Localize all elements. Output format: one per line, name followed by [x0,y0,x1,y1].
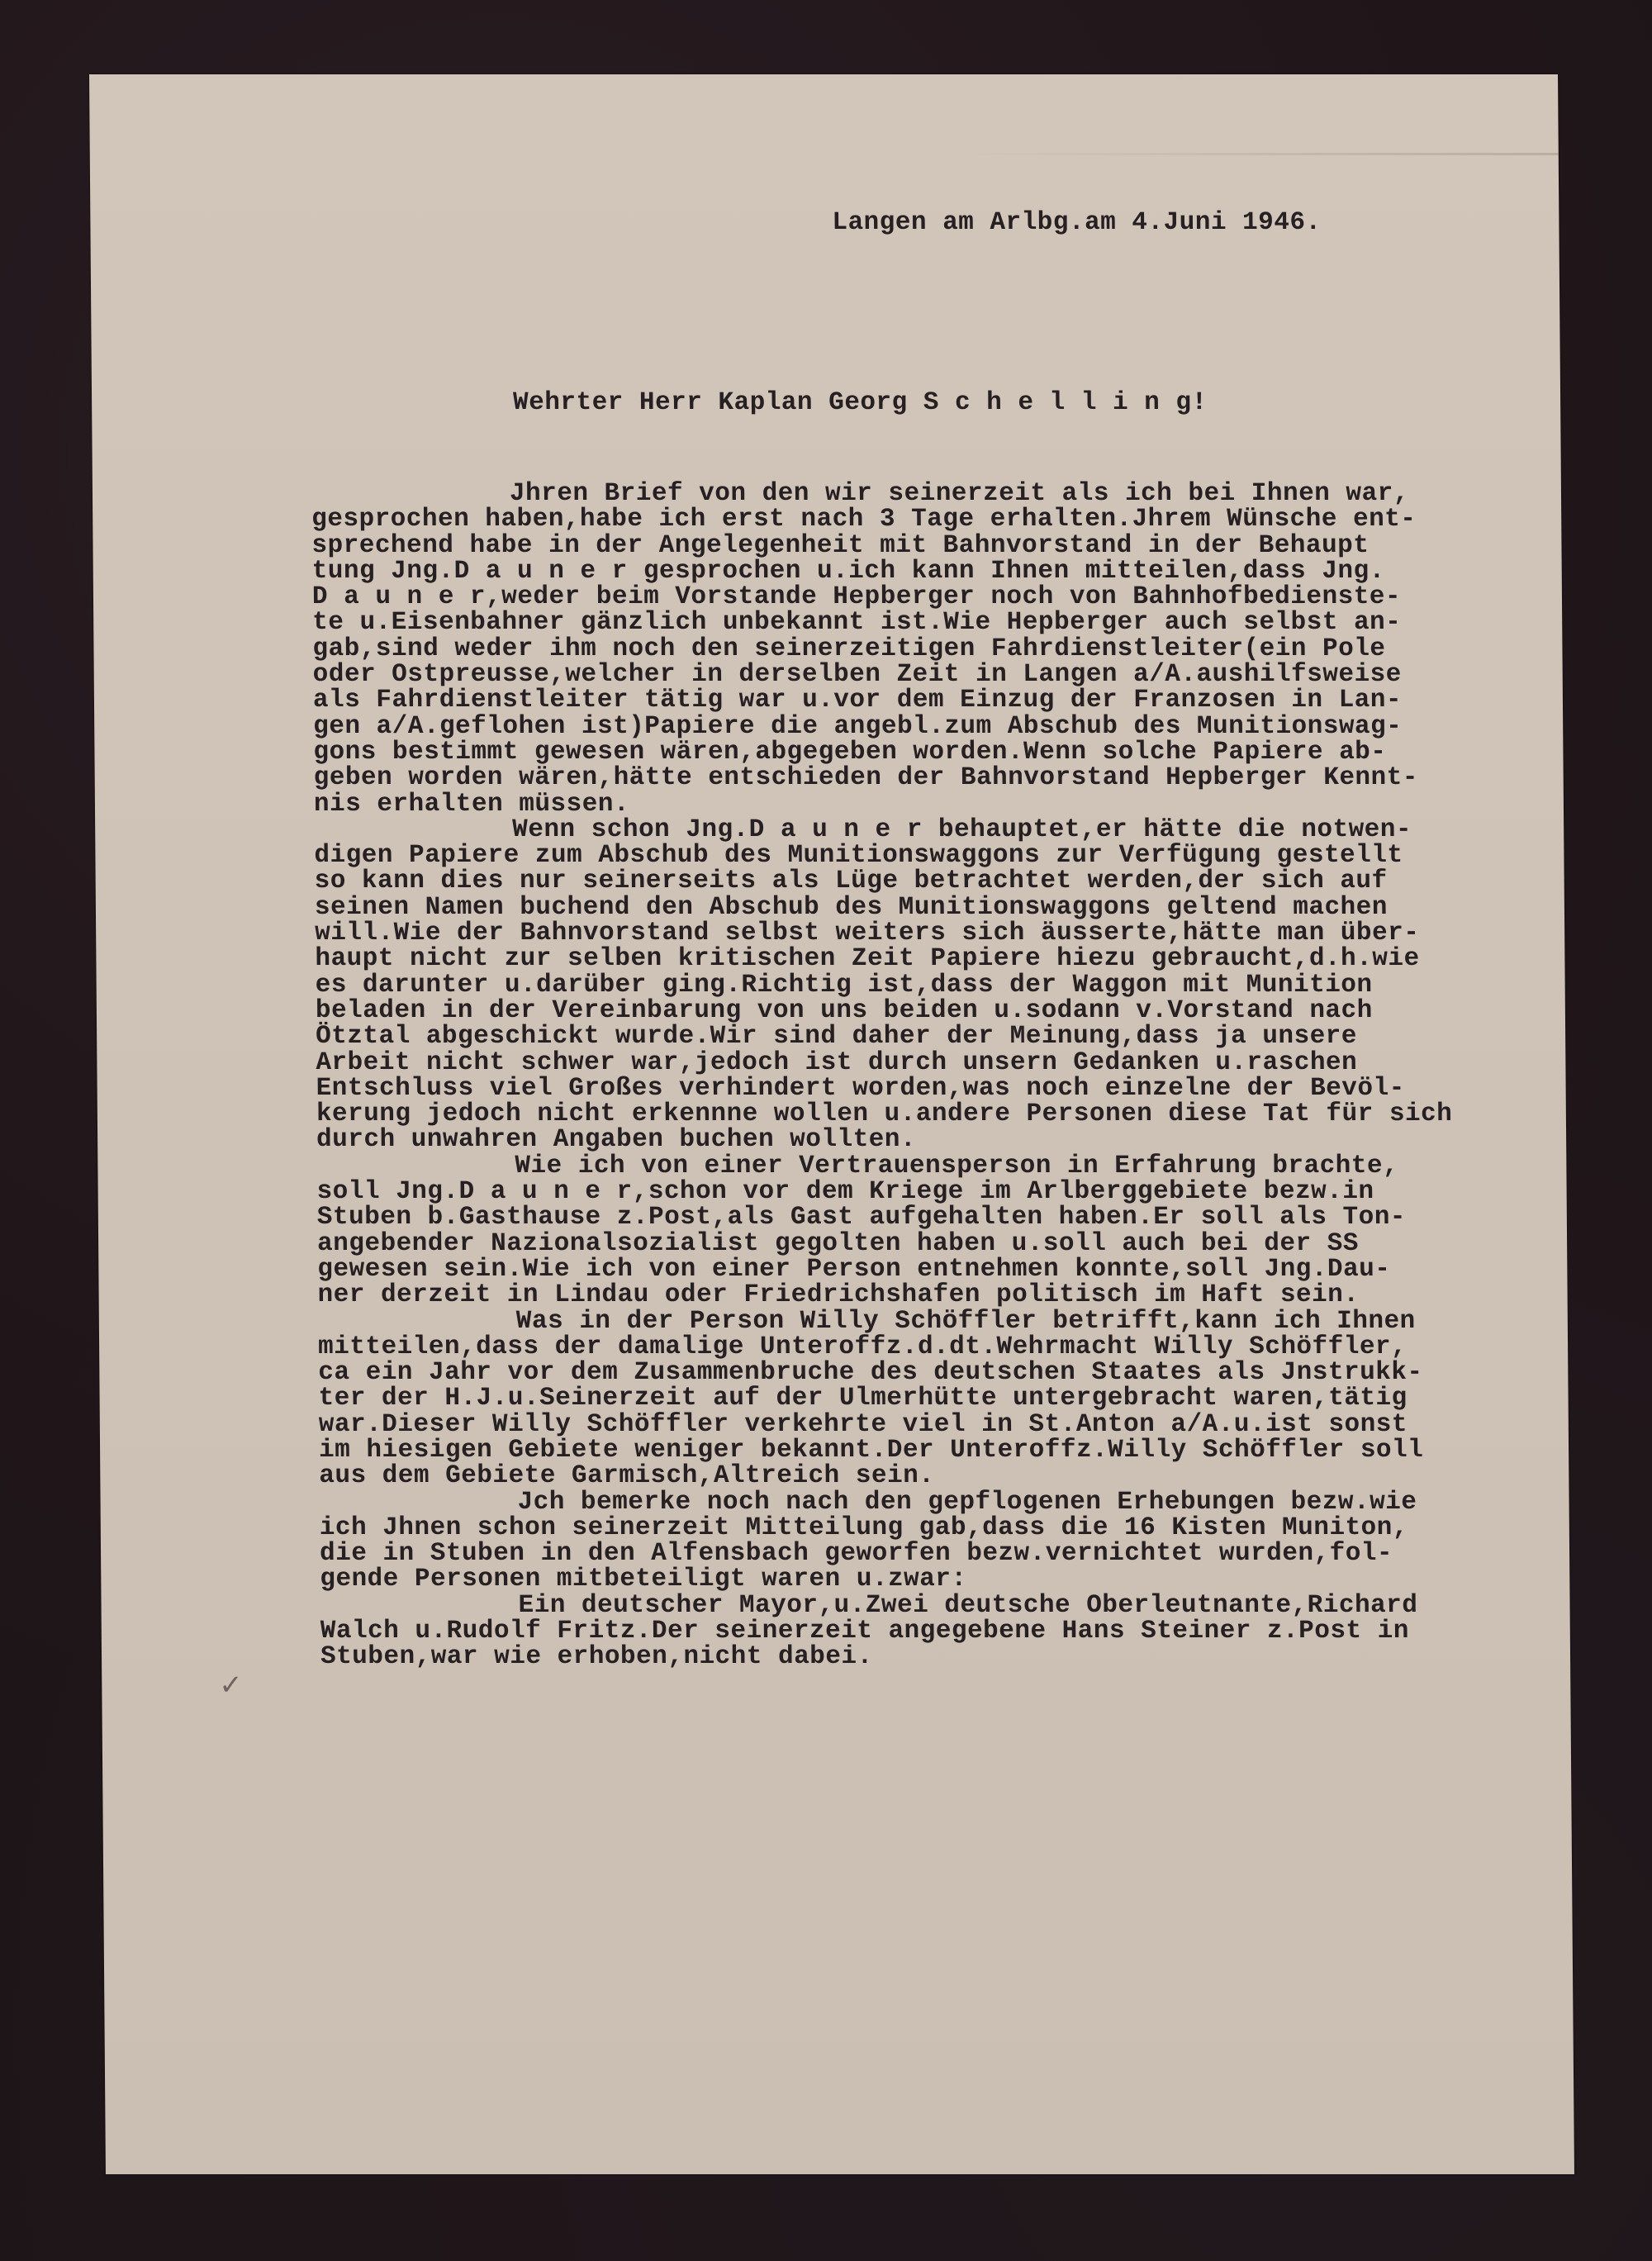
pencil-checkmark-icon: ✓ [219,1669,243,1702]
body-line: gab,sind weder ihm noch den seinerzeitig… [312,636,1568,662]
body-line: D a u n e r,weder beim Vorstande Hepberg… [312,584,1568,610]
body-line: durch unwahren Angaben buchen wollten. [316,1127,1572,1152]
body-line: gons bestimmt gewesen wären,abgegeben wo… [313,739,1569,765]
body-line: seinen Namen buchend den Abschub des Mun… [315,895,1570,920]
letter-page: Langen am Arlbg.am 4.Juni 1946. Wehrter … [89,74,1574,2174]
body-line: haupt nicht zur selben kritischen Zeit P… [315,946,1570,971]
body-line: die in Stuben in den Alfensbach geworfen… [320,1541,1575,1566]
body-line: angebender Nazionalsozialist gegolten ha… [317,1231,1573,1256]
body-line: Wie ich von einer Vertrauensperson in Er… [316,1153,1572,1179]
body-line: will.Wie der Bahnvorstand selbst weiters… [315,920,1570,946]
body-line: tung Jng.D a u n e r gesprochen u.ich ka… [312,558,1568,584]
body-line: ter der H.J.u.Seinerzeit auf der Ulmerhü… [318,1385,1574,1411]
body-line: als Fahrdienstleiter tätig war u.vor dem… [313,687,1569,713]
body-line: Was in der Person Willy Schöffler betrif… [318,1309,1574,1334]
body-line: nis erhalten müssen. [314,791,1569,817]
body-line: mitteilen,dass der damalige Unteroffz.d.… [318,1334,1574,1360]
body-line: Arbeit nicht schwer war,jedoch ist durch… [316,1050,1571,1076]
body-line: digen Papiere zum Abschub des Munitionsw… [314,843,1569,868]
body-line: war.Dieser Willy Schöffler verkehrte vie… [319,1412,1574,1437]
body-line: es darunter u.darüber ging.Richtig ist,d… [316,972,1571,998]
body-line: Walch u.Rudolf Fritz.Der seinerzeit ange… [320,1618,1576,1644]
date-line: Langen am Arlbg.am 4.Juni 1946. [832,208,1321,237]
body-line: gende Personen mitbeteiligt waren u.zwar… [320,1566,1575,1592]
body-line: gewesen sein.Wie ich von einer Person en… [317,1256,1573,1282]
body-line: sprechend habe in der Angelegenheit mit … [311,533,1567,558]
body-line: gesprochen haben,habe ich erst nach 3 Ta… [311,506,1567,532]
letter-body: Jhren Brief von den wir seinerzeit als i… [311,481,1576,1670]
body-line: geben worden wären,hätte entschieden der… [314,765,1569,791]
body-line: kerung jedoch nicht erkennne wollen u.an… [316,1101,1572,1127]
body-line: Stuben b.Gasthause z.Post,als Gast aufge… [317,1204,1573,1230]
body-line: Ötztal abgeschickt wurde.Wir sind daher … [316,1024,1571,1049]
body-line: so kann dies nur seinerseits als Lüge be… [315,868,1570,894]
body-line: soll Jng.D a u n e r,schon vor dem Krieg… [317,1179,1573,1204]
salutation: Wehrter Herr Kaplan Georg S c h e l l i … [513,388,1208,417]
body-line: ca ein Jahr vor dem Zusammenbruche des d… [318,1360,1574,1385]
body-line: Entschluss viel Großes verhindert worden… [316,1076,1572,1101]
body-line: aus dem Gebiete Garmisch,Altreich sein. [319,1463,1574,1489]
body-line: Ein deutscher Mayor,u.Zwei deutsche Ober… [320,1593,1575,1618]
body-line: Wenn schon Jng.D a u n e r behauptet,er … [314,817,1569,843]
body-line: te u.Eisenbahner gänzlich unbekannt ist.… [312,610,1568,635]
body-line: gen a/A.geflohen ist)Papiere die angebl.… [313,714,1569,739]
body-line: Jhren Brief von den wir seinerzeit als i… [311,481,1567,506]
body-line: ner derzeit in Lindau oder Friedrichshaf… [317,1282,1573,1308]
body-line: beladen in der Vereinbarung von uns beid… [316,998,1571,1024]
body-line: oder Ostpreusse,welcher in derselben Zei… [313,662,1569,687]
body-line: Jch bemerke noch nach den gepflogenen Er… [319,1489,1574,1515]
body-line: ich Jhnen schon seinerzeit Mitteilung ga… [320,1515,1575,1541]
letter-sheet: Langen am Arlbg.am 4.Juni 1946. Wehrter … [89,74,1574,2174]
body-line: im hiesigen Gebiete weniger bekannt.Der … [319,1437,1574,1463]
body-line: Stuben,war wie erhoben,nicht dabei. [320,1644,1576,1670]
